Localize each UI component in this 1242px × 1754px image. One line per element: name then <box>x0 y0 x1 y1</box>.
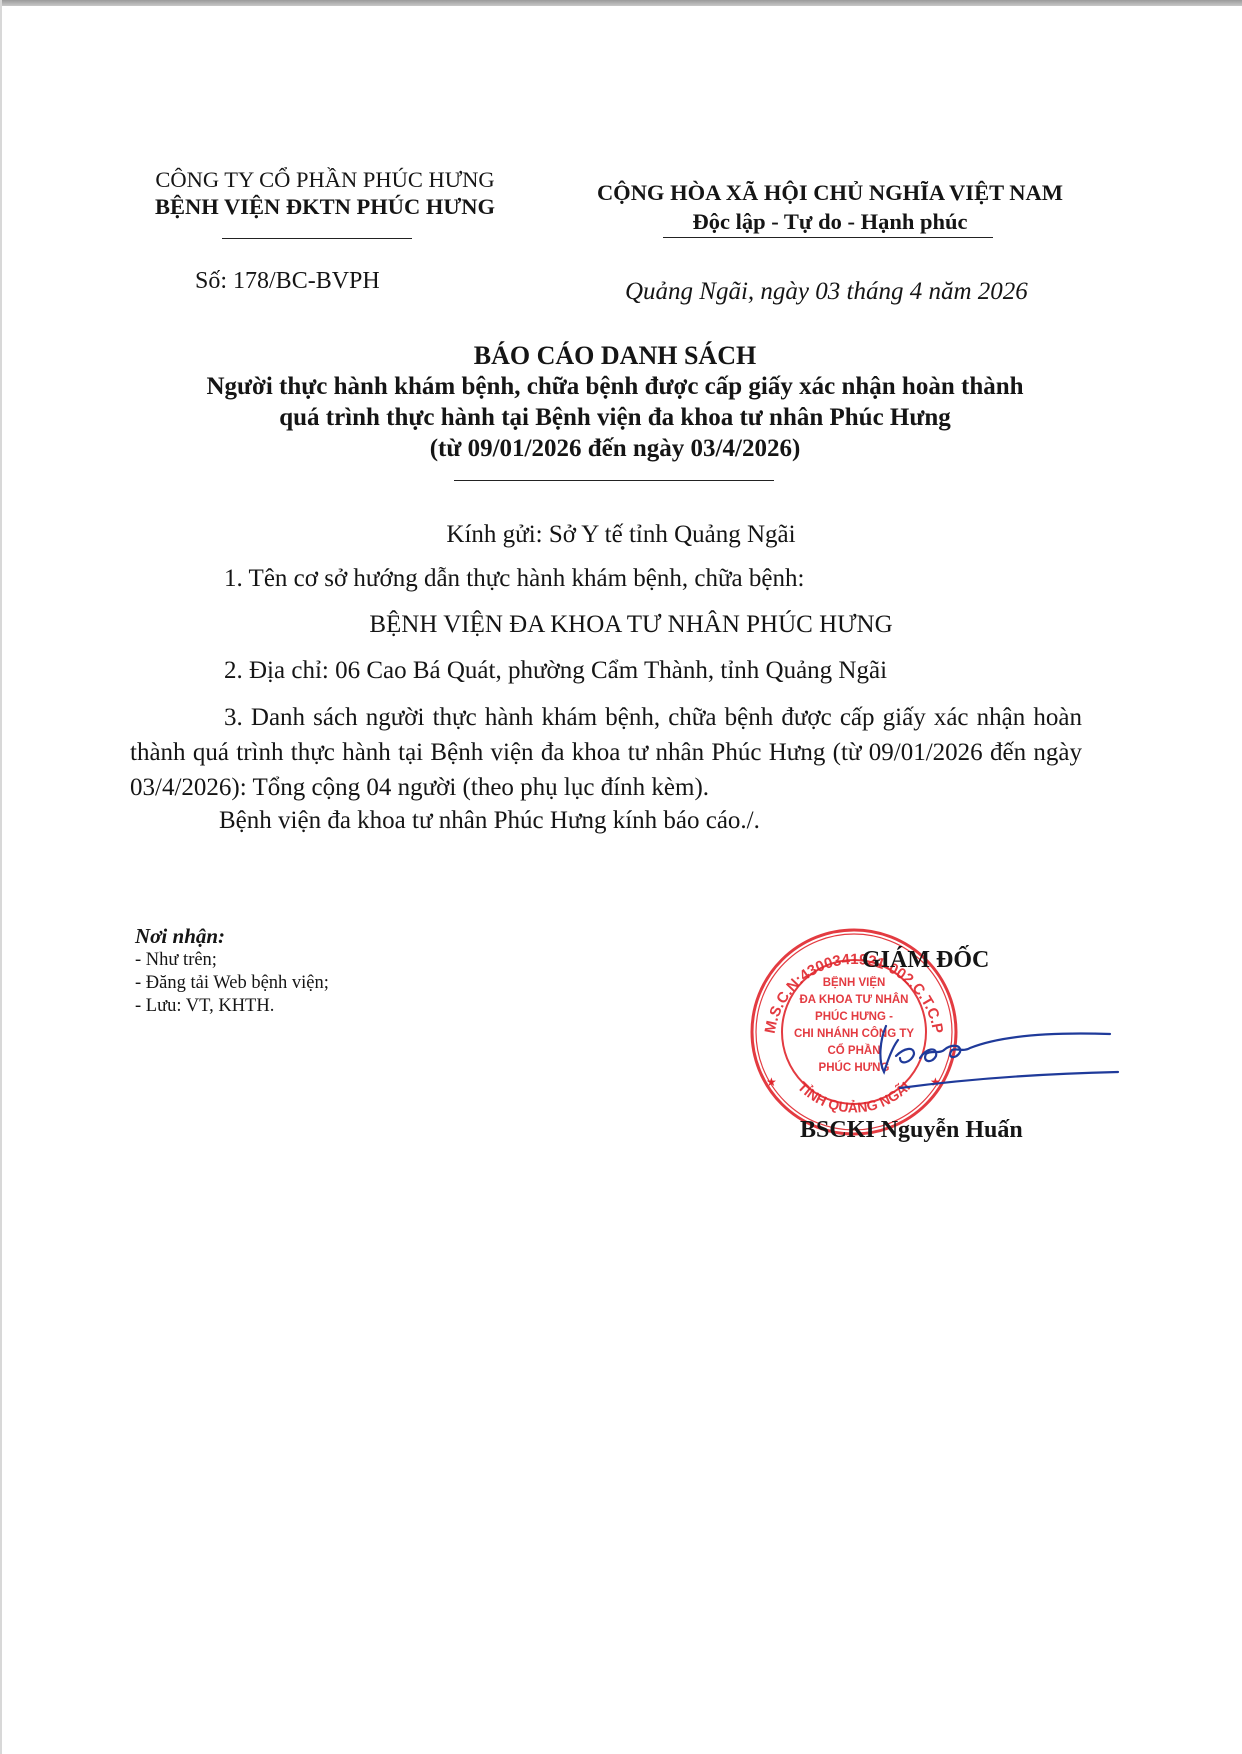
stamp-center-line: BỆNH VIỆN <box>823 976 886 989</box>
item-1: 1. Tên cơ sở hướng dẫn thực hành khám bệ… <box>224 562 804 596</box>
signatory-title: GIÁM ĐỐC <box>862 947 989 974</box>
title-subtitle-line2: quá trình thực hành tại Bệnh viện đa kho… <box>130 402 1100 433</box>
recipients-block: Nơi nhận: - Như trên; - Đăng tải Web bện… <box>135 923 329 1018</box>
item-2-address: 2. Địa chỉ: 06 Cao Bá Quát, phường Cẩm T… <box>224 654 887 688</box>
recipient-item: - Như trên; <box>135 949 329 972</box>
closing-sentence: Bệnh viện đa khoa tư nhân Phúc Hưng kính… <box>219 804 760 838</box>
title-main: BÁO CÁO DANH SÁCH <box>130 340 1100 371</box>
title-period: (từ 09/01/2026 đến ngày 03/4/2026) <box>130 433 1100 464</box>
handwritten-signature <box>870 1010 1120 1105</box>
title-subtitle-line1: Người thực hành khám bệnh, chữa bệnh đượ… <box>130 371 1100 402</box>
place-and-date: Quảng Ngãi, ngày 03 tháng 4 năm 2026 <box>625 278 1028 306</box>
document-title: BÁO CÁO DANH SÁCH Người thực hành khám b… <box>130 340 1100 464</box>
company-name: CÔNG TY CỔ PHẦN PHÚC HƯNG <box>120 166 530 193</box>
document-number: Số: 178/BC-BVPH <box>195 268 380 295</box>
header-right-rule <box>663 237 993 238</box>
national-motto: Độc lập - Tự do - Hạnh phúc <box>560 207 1100 236</box>
nation-name: CỘNG HÒA XÃ HỘI CHỦ NGHĨA VIỆT NAM <box>560 178 1100 207</box>
star-icon: ★ <box>766 1075 777 1089</box>
title-rule <box>454 480 774 481</box>
item-3-list-summary: 3. Danh sách người thực hành khám bệnh, … <box>130 700 1082 805</box>
header-left-rule <box>222 238 412 239</box>
recipient-item: - Lưu: VT, KHTH. <box>135 995 329 1018</box>
hospital-name-header: BỆNH VIỆN ĐKTN PHÚC HƯNG <box>120 193 530 220</box>
national-header: CỘNG HÒA XÃ HỘI CHỦ NGHĨA VIỆT NAM Độc l… <box>560 178 1100 236</box>
stamp-center-line: ĐA KHOA TƯ NHÂN <box>800 993 909 1006</box>
greeting: Kính gửi: Sở Y tế tỉnh Quảng Ngãi <box>0 518 1242 552</box>
signatory-name: BSCKI Nguyễn Huấn <box>800 1117 1023 1144</box>
recipients-heading: Nơi nhận: <box>135 923 329 949</box>
issuer-header: CÔNG TY CỔ PHẦN PHÚC HƯNG BỆNH VIỆN ĐKTN… <box>120 166 530 220</box>
scan-edge-left <box>0 0 2 1754</box>
facility-name: BỆNH VIỆN ĐA KHOA TƯ NHÂN PHÚC HƯNG <box>0 608 1242 642</box>
recipient-item: - Đăng tải Web bệnh viện; <box>135 972 329 995</box>
scan-edge-top <box>0 0 1242 6</box>
